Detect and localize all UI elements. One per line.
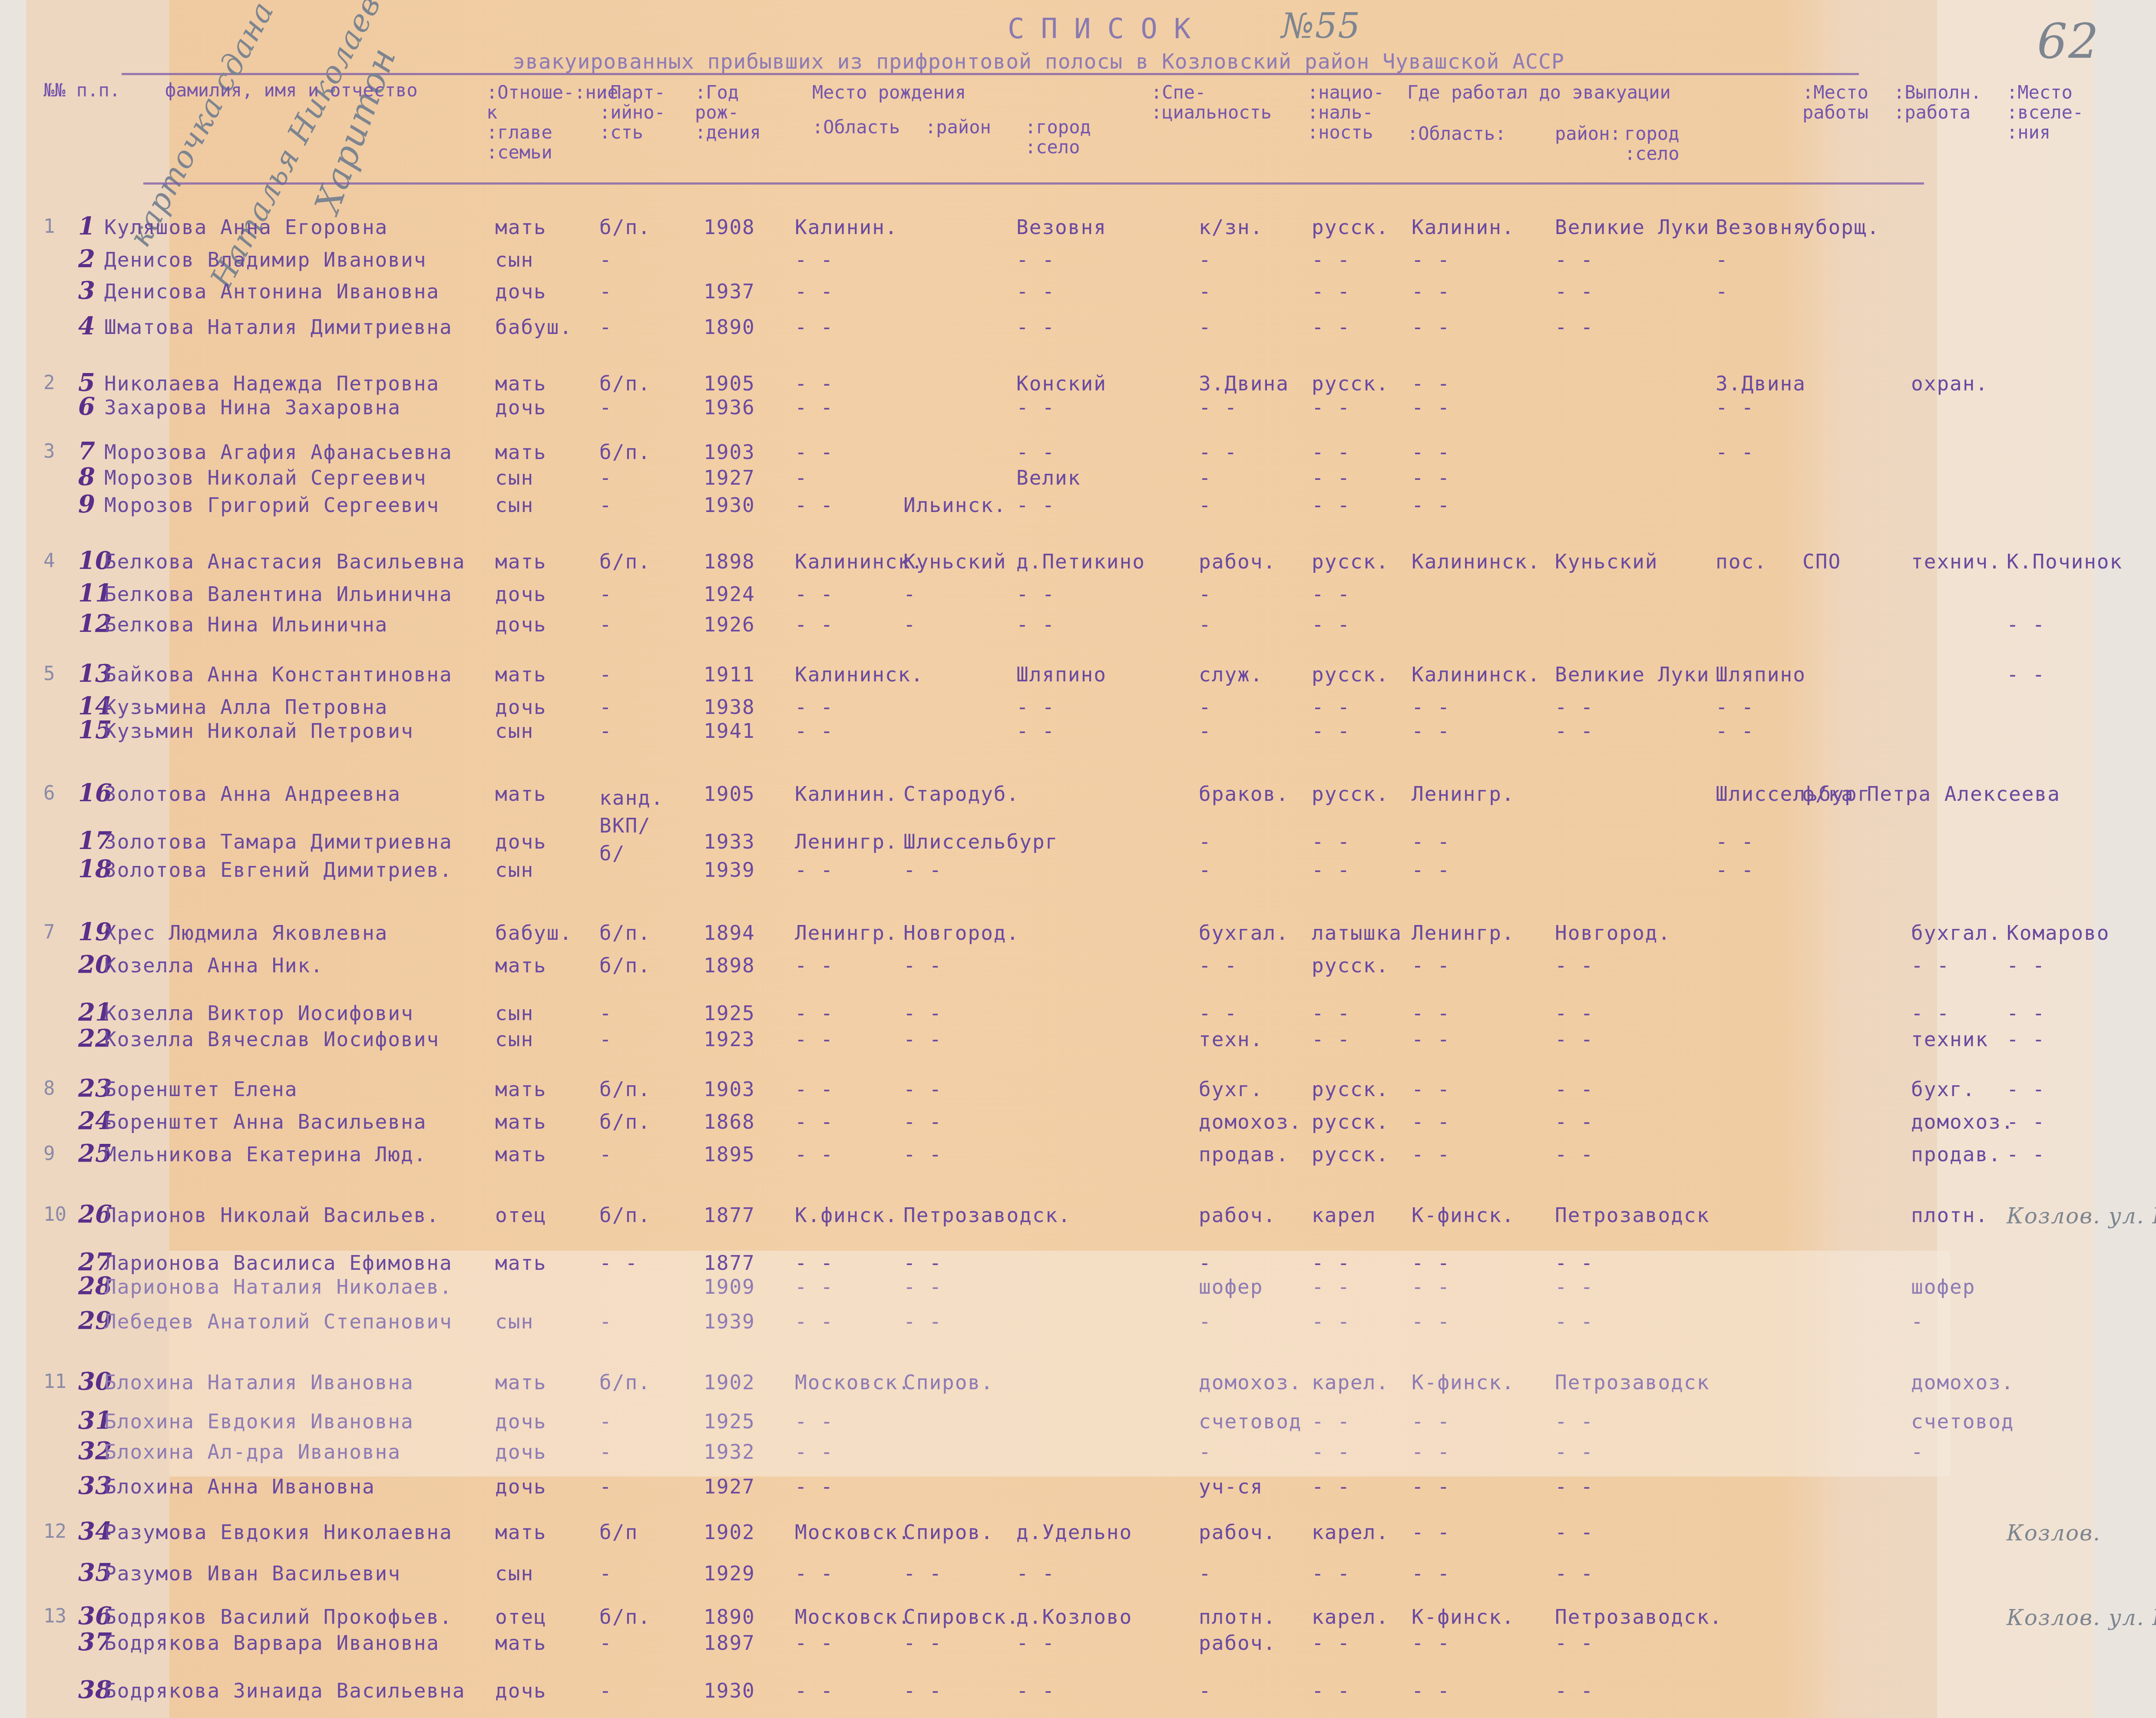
cell-nationality: - - bbox=[1312, 281, 1350, 301]
family-number: 6 bbox=[43, 782, 55, 804]
cell-birth-city: - - bbox=[1016, 281, 1055, 301]
cell-nationality: - - bbox=[1312, 584, 1350, 604]
cell-year: 1902 bbox=[704, 1372, 755, 1392]
cell-nationality: - - bbox=[1312, 317, 1350, 337]
cell-work-done: - bbox=[1911, 1442, 1924, 1462]
cell-nationality: - - bbox=[1312, 697, 1350, 717]
cell-birth-oblast: - - bbox=[795, 584, 833, 604]
cell-work-oblast: - - bbox=[1412, 721, 1450, 741]
cell-year: 1937 bbox=[704, 281, 755, 301]
cell-name: Козелла Анна Ник. bbox=[104, 955, 324, 975]
cell-work-rayon: Великие Луки bbox=[1555, 664, 1710, 684]
cell-nationality: русск. bbox=[1312, 664, 1389, 684]
cell-specialty: техн. bbox=[1199, 1029, 1263, 1049]
cell-birth-oblast: Московск. bbox=[795, 1607, 911, 1627]
cell-work-city: - - bbox=[1716, 397, 1754, 417]
cell-relation: дочь bbox=[495, 1411, 547, 1431]
cell-year: 1877 bbox=[704, 1205, 755, 1225]
cell-work-rayon: Куньский bbox=[1555, 552, 1658, 572]
cell-party: б/п bbox=[599, 1522, 638, 1542]
cell-nationality: - - bbox=[1312, 250, 1350, 270]
cell-birth-oblast: - - bbox=[795, 1411, 833, 1431]
cell-work-city: пос. bbox=[1716, 552, 1767, 572]
cell-year: 1890 bbox=[704, 317, 755, 337]
cell-year: 1930 bbox=[704, 1681, 755, 1701]
cell-year: 1925 bbox=[704, 1003, 755, 1023]
cell-nationality: - - bbox=[1312, 397, 1350, 417]
cell-specialty: уч-ся bbox=[1199, 1477, 1263, 1497]
cell-party: - bbox=[599, 1003, 612, 1023]
cell-party: - bbox=[599, 1681, 612, 1701]
cell-party: б/п. bbox=[599, 373, 651, 393]
cell-relation: мать bbox=[495, 955, 547, 975]
cell-specialty: - bbox=[1199, 1442, 1212, 1462]
cell-num-n: 4 bbox=[78, 312, 95, 340]
cell-relation: мать bbox=[495, 1079, 547, 1099]
cell-year: 1897 bbox=[704, 1633, 755, 1653]
cell-year: 1933 bbox=[704, 832, 755, 852]
cell-party: - bbox=[599, 495, 612, 515]
cell-work-rayon: Петрозаводск bbox=[1555, 1372, 1710, 1392]
cell-name: Блохина Анна Ивановна bbox=[104, 1477, 375, 1497]
cell-specialty: рабоч. bbox=[1199, 1205, 1276, 1225]
cell-nationality: - - bbox=[1312, 468, 1350, 488]
col-work-place: :Место работы bbox=[1802, 83, 1872, 122]
cell-name: Золотова Евгений Димитриев. bbox=[104, 860, 453, 880]
cell-birth-rayon: - - bbox=[903, 1312, 942, 1331]
cell-work-done: плотн. bbox=[1911, 1205, 1988, 1225]
cell-birth-city: - - bbox=[1016, 584, 1055, 604]
col-work-city: город :село bbox=[1624, 124, 1685, 164]
cell-birth-city: Шляпино bbox=[1016, 664, 1107, 684]
cell-work-rayon: - - bbox=[1555, 1144, 1594, 1164]
cell-year: 1927 bbox=[704, 1477, 755, 1497]
cell-work-rayon: - - bbox=[1555, 697, 1594, 717]
cell-birth-rayon: Спировск. bbox=[903, 1607, 1019, 1627]
cell-work-rayon: - - bbox=[1555, 1079, 1594, 1099]
family-number: 8 bbox=[43, 1077, 55, 1100]
cell-name: Козелла Вячеслав Иосифович bbox=[104, 1029, 440, 1049]
cell-name: Разумов Иван Васильевич bbox=[104, 1563, 401, 1583]
cell-birth-oblast: Калинин. bbox=[795, 217, 898, 237]
cell-birth-oblast: - - bbox=[795, 1442, 833, 1462]
cell-name: Мельникова Екатерина Люд. bbox=[104, 1144, 427, 1164]
cell-party: - bbox=[599, 1633, 612, 1653]
cell-birth-oblast: - - bbox=[795, 373, 833, 393]
cell-birth-oblast: - - bbox=[795, 1079, 833, 1099]
cell-relation: бабуш. bbox=[495, 923, 572, 943]
col-worked-before: Где работал до эвакуации bbox=[1407, 83, 1671, 102]
cell-birth-oblast: Ленингр. bbox=[795, 923, 898, 943]
cell-work-oblast: - - bbox=[1412, 281, 1450, 301]
cell-relation: сын bbox=[495, 1563, 534, 1583]
cell-relation: дочь bbox=[495, 281, 547, 301]
cell-work-oblast: - - bbox=[1412, 250, 1450, 270]
cell-specialty: - bbox=[1199, 1312, 1212, 1331]
cell-birth-oblast: Калинин. bbox=[795, 784, 898, 804]
cell-work-city: - - bbox=[1716, 832, 1754, 852]
cell-specialty: - bbox=[1199, 1253, 1212, 1273]
cell-birth-city: - - bbox=[1016, 1563, 1055, 1583]
cell-work-done: техник bbox=[1911, 1029, 1988, 1049]
cell-nationality: русск. bbox=[1312, 784, 1389, 804]
cell-work-oblast: К-финск. bbox=[1412, 1205, 1515, 1225]
cell-work-rayon: - - bbox=[1555, 1681, 1594, 1701]
cell-specialty: - bbox=[1199, 860, 1212, 880]
cell-name: Захарова Нина Захаровна bbox=[104, 397, 401, 417]
cell-birth-oblast: - - bbox=[795, 955, 833, 975]
cell-relation: сын bbox=[495, 1029, 534, 1049]
cell-party: - bbox=[599, 468, 612, 488]
cell-nationality: - - bbox=[1312, 1563, 1350, 1583]
cell-specialty: рабоч. bbox=[1199, 1522, 1276, 1542]
cell-relation: бабуш. bbox=[495, 317, 572, 337]
cell-birth-rayon: Новгород. bbox=[903, 923, 1019, 943]
cell-settlement: - - bbox=[2007, 1003, 2045, 1023]
cell-specialty: плотн. bbox=[1199, 1607, 1276, 1627]
cell-birth-rayon: - - bbox=[903, 1029, 942, 1049]
cell-birth-oblast: - - bbox=[795, 397, 833, 417]
cell-birth-city: - - bbox=[1016, 397, 1055, 417]
cell-num-n: 7 bbox=[78, 437, 95, 466]
cell-party: - bbox=[599, 1144, 612, 1164]
cell-birth-rayon: Спиров. bbox=[903, 1372, 994, 1392]
cell-birth-rayon: - - bbox=[903, 1112, 942, 1132]
col-relation: :Отноше-:ние к :главе :семьи bbox=[486, 83, 560, 162]
cell-work-rayon: Новгород. bbox=[1555, 923, 1671, 943]
cell-work-oblast: - - bbox=[1412, 373, 1450, 393]
cell-birth-city: - - bbox=[1016, 1633, 1055, 1653]
cell-nationality: русск. bbox=[1312, 955, 1389, 975]
cell-settlement: - - bbox=[2007, 1079, 2045, 1099]
cell-work-done: технич. bbox=[1911, 552, 2001, 572]
cell-settlement: - - bbox=[2007, 615, 2045, 634]
col-settlement: :Место :вселе- :ния bbox=[2007, 83, 2067, 142]
cell-party: - bbox=[599, 317, 612, 337]
cell-birth-rayon: - - bbox=[903, 1681, 942, 1701]
col-work-done: :Выполн. :работа bbox=[1894, 83, 1968, 122]
cell-work-oblast: - - bbox=[1412, 1522, 1450, 1542]
cell-birth-city: - - bbox=[1016, 495, 1055, 515]
cell-birth-oblast: - - bbox=[795, 1144, 833, 1164]
col-work-rayon: район: bbox=[1555, 124, 1621, 144]
header-rule bbox=[143, 182, 1924, 185]
cell-specialty: бухгал. bbox=[1199, 923, 1289, 943]
cell-nationality: - - bbox=[1312, 442, 1350, 462]
cell-work-oblast: К-финск. bbox=[1412, 1607, 1515, 1627]
cell-birth-city: Везовня bbox=[1016, 217, 1107, 237]
cell-work-rayon: - - bbox=[1555, 250, 1594, 270]
page-mark: 62 bbox=[2037, 17, 2100, 65]
cell-birth-city: - - bbox=[1016, 317, 1055, 337]
col-party: :Парт- :ийно- :сть bbox=[599, 83, 665, 142]
cell-name: Кузьмин Николай Петрович bbox=[104, 721, 414, 741]
family-number: 5 bbox=[43, 663, 55, 685]
cell-work-rayon: - - bbox=[1555, 1003, 1594, 1023]
cell-work-rayon: - - bbox=[1555, 1633, 1594, 1653]
cell-work-rayon: - - bbox=[1555, 1277, 1594, 1297]
cell-work-city: - bbox=[1716, 250, 1729, 270]
document-title: СПИСОК bbox=[1008, 13, 1207, 45]
cell-birth-oblast: - - bbox=[795, 1029, 833, 1049]
cell-specialty: - bbox=[1199, 250, 1212, 270]
cell-year: 1936 bbox=[704, 397, 755, 417]
cell-name: Блохина Ал-дра Ивановна bbox=[104, 1442, 401, 1462]
cell-party: - bbox=[599, 1563, 612, 1583]
cell-work-rayon: - - bbox=[1555, 721, 1594, 741]
cell-birth-rayon: - - bbox=[903, 1563, 942, 1583]
cell-birth-rayon: Ильинск. bbox=[903, 495, 1007, 515]
cell-name: Ларионова Наталия Николаев. bbox=[104, 1277, 453, 1297]
cell-party: б/п. bbox=[599, 1205, 651, 1225]
cell-name: Белкова Нина Ильинична bbox=[104, 615, 388, 634]
cell-relation: мать bbox=[495, 217, 547, 237]
cell-work-done: - - bbox=[1911, 1003, 1950, 1023]
cell-work-oblast: Ленингр. bbox=[1412, 784, 1515, 804]
cell-relation: дочь bbox=[495, 1442, 547, 1462]
cell-name: Разумова Евдокия Николаевна bbox=[104, 1522, 453, 1542]
cell-work-oblast: К-финск. bbox=[1412, 1372, 1515, 1392]
cell-nationality: - - bbox=[1312, 1312, 1350, 1331]
cell-specialty: - bbox=[1199, 495, 1212, 515]
cell-birth-city: д.Козлово bbox=[1016, 1607, 1132, 1627]
col-nationality: :нацио- :наль- :ность bbox=[1307, 83, 1377, 142]
cell-year: 1908 bbox=[704, 217, 755, 237]
col-birth-rayon: :район bbox=[925, 117, 991, 137]
cell-birth-rayon: Стародуб. bbox=[903, 784, 1019, 804]
cell-relation: мать bbox=[495, 1633, 547, 1653]
cell-work-oblast: Калинин. bbox=[1412, 217, 1515, 237]
family-number: 12 bbox=[43, 1520, 66, 1543]
cell-birth-oblast: Московск. bbox=[795, 1522, 911, 1542]
cell-settlement: Козлов. ул. Куйбышева bbox=[2007, 1607, 2156, 1629]
cell-num-n: 2 bbox=[78, 244, 95, 273]
cell-birth-oblast: - - bbox=[795, 1681, 833, 1701]
cell-work-city: - - bbox=[1716, 860, 1754, 880]
family-number: 10 bbox=[43, 1203, 66, 1226]
cell-relation: мать bbox=[495, 664, 547, 684]
cell-work-place: уборщ. bbox=[1802, 217, 1880, 237]
cell-work-oblast: - - bbox=[1412, 1253, 1450, 1273]
cell-specialty: - bbox=[1199, 468, 1212, 488]
family-number: 1 bbox=[43, 215, 55, 238]
cell-specialty: - bbox=[1199, 317, 1212, 337]
cell-year: 1927 bbox=[704, 468, 755, 488]
cell-party: б/п. bbox=[599, 217, 651, 237]
cell-birth-oblast: Калининск. bbox=[795, 664, 924, 684]
cell-work-done: бухг. bbox=[1911, 1079, 1975, 1099]
cell-relation: мать bbox=[495, 1372, 547, 1392]
cell-relation: сын bbox=[495, 250, 534, 270]
cell-relation: мать bbox=[495, 1253, 547, 1273]
cell-year: 1930 bbox=[704, 495, 755, 515]
cell-work-done: шофер bbox=[1911, 1277, 1975, 1297]
cell-specialty: домохоз. bbox=[1199, 1112, 1302, 1132]
cell-name: Ларионов Николай Васильев. bbox=[104, 1205, 440, 1225]
cell-work-rayon: - - bbox=[1555, 1029, 1594, 1049]
cell-work-oblast: - - bbox=[1412, 1633, 1450, 1653]
cell-work-oblast: - - bbox=[1412, 1411, 1450, 1431]
col-year: :Год рож- :дения bbox=[695, 83, 782, 142]
cell-birth-rayon: - - bbox=[903, 860, 942, 880]
cell-name: Белкова Валентина Ильинична bbox=[104, 584, 453, 604]
cell-work-oblast: - - bbox=[1412, 1029, 1450, 1049]
cell-relation: отец bbox=[495, 1205, 547, 1225]
cell-party: - bbox=[599, 1029, 612, 1049]
cell-year: 1941 bbox=[704, 721, 755, 741]
cell-name: Бодрякова Зинаида Васильевна bbox=[104, 1681, 465, 1701]
cell-work-oblast: - - bbox=[1412, 397, 1450, 417]
cell-party: б/п. bbox=[599, 1079, 651, 1099]
cell-year: 1923 bbox=[704, 1029, 755, 1049]
cell-name: Морозова Агафия Афанасьевна bbox=[104, 442, 453, 462]
cell-year: 1894 bbox=[704, 923, 755, 943]
cell-party: - bbox=[599, 1312, 612, 1331]
cell-birth-rayon: - bbox=[903, 584, 916, 604]
cell-work-rayon: - - bbox=[1555, 1253, 1594, 1273]
cell-year: 1890 bbox=[704, 1607, 755, 1627]
cell-relation: дочь bbox=[495, 832, 547, 852]
cell-specialty: - bbox=[1199, 697, 1212, 717]
cell-work-done: - - bbox=[1911, 955, 1950, 975]
cell-specialty: рабоч. bbox=[1199, 1633, 1276, 1653]
cell-work-oblast: - - bbox=[1412, 1277, 1450, 1297]
cell-work-rayon: Петрозаводск. bbox=[1555, 1607, 1723, 1627]
cell-nationality: русск. bbox=[1312, 217, 1389, 237]
cell-birth-rayon: - - bbox=[903, 1633, 942, 1653]
cell-work-place: СПО bbox=[1802, 552, 1841, 572]
cell-nationality: русск. bbox=[1312, 1144, 1389, 1164]
cell-specialty: - - bbox=[1199, 1003, 1237, 1023]
family-number: 4 bbox=[43, 550, 55, 572]
cell-birth-oblast: - - bbox=[795, 1003, 833, 1023]
cell-birth-oblast: - - bbox=[795, 1277, 833, 1297]
cell-birth-oblast: - - bbox=[795, 281, 833, 301]
cell-birth-oblast: - - bbox=[795, 1253, 833, 1273]
cell-work-oblast: Калининск. bbox=[1412, 552, 1541, 572]
cell-specialty: шофер bbox=[1199, 1277, 1263, 1297]
cell-relation: сын bbox=[495, 495, 534, 515]
cell-specialty: - - bbox=[1199, 397, 1237, 417]
cell-work-rayon: - - bbox=[1555, 281, 1594, 301]
cell-nationality: карел. bbox=[1312, 1372, 1389, 1392]
cell-work-oblast: - - bbox=[1412, 495, 1450, 515]
cell-work-oblast: Ленингр. bbox=[1412, 923, 1515, 943]
col-specialty: :Спе- :циальность bbox=[1151, 83, 1281, 122]
cell-specialty: - - bbox=[1199, 955, 1237, 975]
cell-birth-rayon: Петрозаводск. bbox=[903, 1205, 1071, 1225]
cell-birth-oblast: - - bbox=[795, 1633, 833, 1653]
cell-relation: дочь bbox=[495, 615, 547, 634]
cell-year: 1902 bbox=[704, 1522, 755, 1542]
cell-name: Золотова Тамара Димитриевна bbox=[104, 832, 453, 852]
cell-nationality: - - bbox=[1312, 832, 1350, 852]
cell-name: Боренштет Анна Васильевна bbox=[104, 1112, 427, 1132]
cell-year: 1939 bbox=[704, 1312, 755, 1331]
cell-work-rayon: - - bbox=[1555, 1477, 1594, 1497]
cell-name: Байкова Анна Константиновна bbox=[104, 664, 453, 684]
cell-year: 1929 bbox=[704, 1563, 755, 1583]
cell-work-done: счетовод bbox=[1911, 1411, 2014, 1431]
cell-work-oblast: - - bbox=[1412, 1563, 1450, 1583]
cell-party: - bbox=[599, 721, 612, 741]
cell-name: Морозов Николай Сергеевич bbox=[104, 468, 427, 488]
cell-work-rayon: - - bbox=[1555, 955, 1594, 975]
cell-nationality: - - bbox=[1312, 1253, 1350, 1273]
cell-num-n: 6 bbox=[78, 392, 95, 421]
cell-specialty: рабоч. bbox=[1199, 552, 1276, 572]
cell-nationality: русск. bbox=[1312, 373, 1389, 393]
cell-birth-city: - - bbox=[1016, 721, 1055, 741]
cell-party: - bbox=[599, 281, 612, 301]
cell-work-done: домохоз. bbox=[1911, 1112, 2014, 1132]
cell-settlement: - - bbox=[2007, 1112, 2045, 1132]
cell-specialty: - bbox=[1199, 1563, 1212, 1583]
cell-relation: мать bbox=[495, 442, 547, 462]
col-name: фамилия, имя и отчество bbox=[165, 80, 418, 100]
cell-work-oblast: - - bbox=[1412, 1144, 1450, 1164]
cell-birth-oblast: - - bbox=[795, 615, 833, 634]
cell-birth-city: Велик bbox=[1016, 468, 1081, 488]
cell-nationality: - - bbox=[1312, 495, 1350, 515]
family-number: 9 bbox=[43, 1143, 55, 1165]
document-subtitle: эвакуированных прибывших из прифронтовой… bbox=[513, 51, 1564, 72]
cell-settlement: - - bbox=[2007, 1029, 2045, 1049]
cell-specialty: - bbox=[1199, 1681, 1212, 1701]
cell-nationality: - - bbox=[1312, 1277, 1350, 1297]
cell-year: 1909 bbox=[704, 1277, 755, 1297]
cell-birth-rayon: - bbox=[903, 615, 916, 634]
cell-relation: мать bbox=[495, 373, 547, 393]
cell-year: 1903 bbox=[704, 1079, 755, 1099]
cell-name: Козелла Виктор Иосифович bbox=[104, 1003, 414, 1023]
cell-specialty: - bbox=[1199, 615, 1212, 634]
cell-birth-oblast: - - bbox=[795, 1312, 833, 1331]
cell-year: 1898 bbox=[704, 955, 755, 975]
cell-work-done: - bbox=[1911, 1312, 1924, 1331]
cell-specialty: - - bbox=[1199, 442, 1237, 462]
cell-specialty: - bbox=[1199, 584, 1212, 604]
cell-name: Золотова Анна Андреевна bbox=[104, 784, 401, 804]
cell-birth-rayon: Куньский bbox=[903, 552, 1007, 572]
cell-work-oblast: - - bbox=[1412, 1112, 1450, 1132]
cell-work-city: - - bbox=[1716, 442, 1754, 462]
cell-specialty: служ. bbox=[1199, 664, 1263, 684]
cell-work-rayon: Великие Луки bbox=[1555, 217, 1710, 237]
cell-nationality: - - bbox=[1312, 1029, 1350, 1049]
list-number: №55 bbox=[1281, 9, 1361, 43]
cell-birth-city: д.Удельно bbox=[1016, 1522, 1132, 1542]
cell-relation: отец bbox=[495, 1607, 547, 1627]
cell-name: Хрес Людмила Яковлевна bbox=[104, 923, 388, 943]
family-number: 3 bbox=[43, 440, 55, 463]
cell-work-rayon: - - bbox=[1555, 1411, 1594, 1431]
cell-party: - bbox=[599, 1477, 612, 1497]
cell-nationality: - - bbox=[1312, 1003, 1350, 1023]
cell-work-oblast: - - bbox=[1412, 1003, 1450, 1023]
cell-relation: дочь bbox=[495, 1681, 547, 1701]
cell-work-oblast: - - bbox=[1412, 317, 1450, 337]
family-number: 13 bbox=[43, 1605, 66, 1627]
cell-name: Денисова Антонина Ивановна bbox=[104, 281, 440, 301]
cell-nationality: - - bbox=[1312, 860, 1350, 880]
cell-settlement: Козлов. bbox=[2007, 1522, 2101, 1544]
cell-year: 1938 bbox=[704, 697, 755, 717]
cell-year: 1911 bbox=[704, 664, 755, 684]
cell-birth-rayon: - - bbox=[903, 1144, 942, 1164]
cell-nationality: - - bbox=[1312, 1477, 1350, 1497]
cell-work-oblast: - - bbox=[1412, 1312, 1450, 1331]
